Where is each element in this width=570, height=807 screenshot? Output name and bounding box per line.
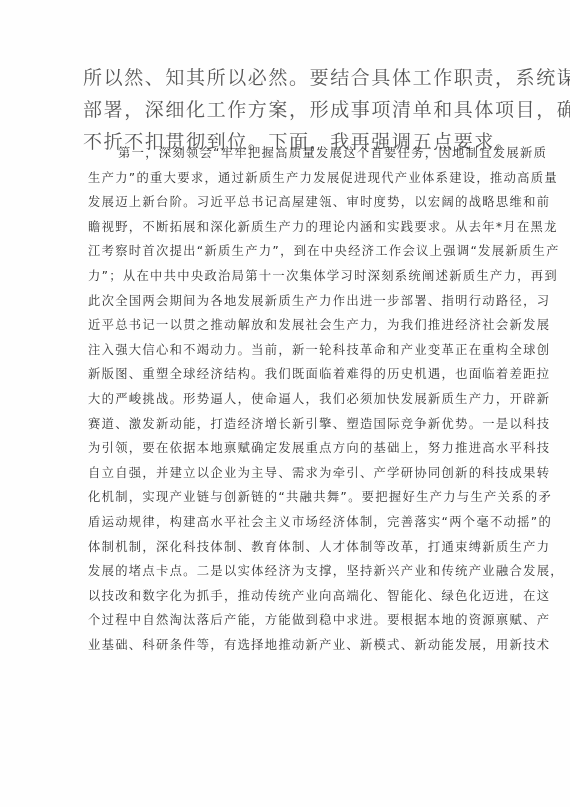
- body-line: 发展的堵点卡点。二是以实体经济为支撑，坚持新兴产业和传统产业融合发展，: [88, 559, 480, 584]
- body-line: 个过程中自然淘汰落后产能，方能做到稳中求进。要根据本地的资源禀赋、产: [88, 608, 480, 633]
- body-line: 生产力”的重大要求，通过新质生产力发展促进现代产业体系建设，推动高质量: [88, 166, 480, 191]
- document-page: 所以然、知其所以必然。要结合具体工作职责，系统谋划 部署，深细化工作方案，形成事…: [0, 0, 570, 807]
- body-line: 盾运动规律，构建高水平社会主义市场经济体制，完善落实“两个毫不动摇”的: [88, 510, 480, 535]
- lead-line: 所以然、知其所以必然。要结合具体工作职责，系统谋划: [83, 62, 475, 94]
- body-line: 大的严峻挑战。形势逼人，使命逼人，我们必须加快发展新质生产力，开辟新: [88, 387, 480, 412]
- body-line: 注入强大信心和不竭动力。当前，新一轮科技革命和产业变革正在重构全球创: [88, 338, 480, 363]
- lead-line: 部署，深细化工作方案，形成事项清单和具体项目，确保: [83, 94, 475, 126]
- body-line: 近平总书记一以贯之推动解放和发展社会生产力，为我们推进经济社会新发展: [88, 313, 480, 338]
- body-line: 自立自强，并建立以企业为主导、需求为牵引、产学研协同创新的科技成果转: [88, 461, 480, 486]
- body-line: 第一，深刻领会“牢牢把握高质量发展这个首要任务，因地制宜发展新质: [88, 141, 480, 166]
- body-line: 此次全国两会期间为各地发展新质生产力作出进一步部署、指明行动路径，习: [88, 289, 480, 314]
- body-line: 以技改和数字化为抓手，推动传统产业向高端化、智能化、绿色化迈进，在这: [88, 584, 480, 609]
- body-line: 新版图、重塑全球经济结构。我们既面临着难得的历史机遇，也面临着差距拉: [88, 362, 480, 387]
- body-line: 江考察时首次提出“新质生产力”，到在中央经济工作会议上强调“发展新质生产: [88, 239, 480, 264]
- body-line: 为引领，要在依据本地禀赋确定发展重点方向的基础上，努力推进高水平科技: [88, 436, 480, 461]
- body-line: 化机制，实现产业链与创新链的“共融共舞”。要把握好生产力与生产关系的矛: [88, 485, 480, 510]
- body-line: 体制机制，深化科技体制、教育体制、人才体制等改革，打通束缚新质生产力: [88, 535, 480, 560]
- body-line: 力”；从在中共中央政治局第十一次集体学习时深刻系统阐述新质生产力，再到: [88, 264, 480, 289]
- body-line: 瞻视野，不断拓展和深化新质生产力的理论内涵和实践要求。从去年*月在黑龙: [88, 215, 480, 240]
- body-paragraph-first-requirement: 第一，深刻领会“牢牢把握高质量发展这个首要任务，因地制宜发展新质 生产力”的重大…: [88, 141, 480, 657]
- body-line: 业基础、科研条件等，有选择地推动新产业、新模式、新动能发展，用新技术: [88, 633, 480, 658]
- body-line: 发展迈上新台阶。习近平总书记高屋建瓴、审时度势，以宏阔的战略思维和前: [88, 190, 480, 215]
- body-line: 赛道、激发新动能，打造经济增长新引擎、塑造国际竞争新优势。一是以科技: [88, 412, 480, 437]
